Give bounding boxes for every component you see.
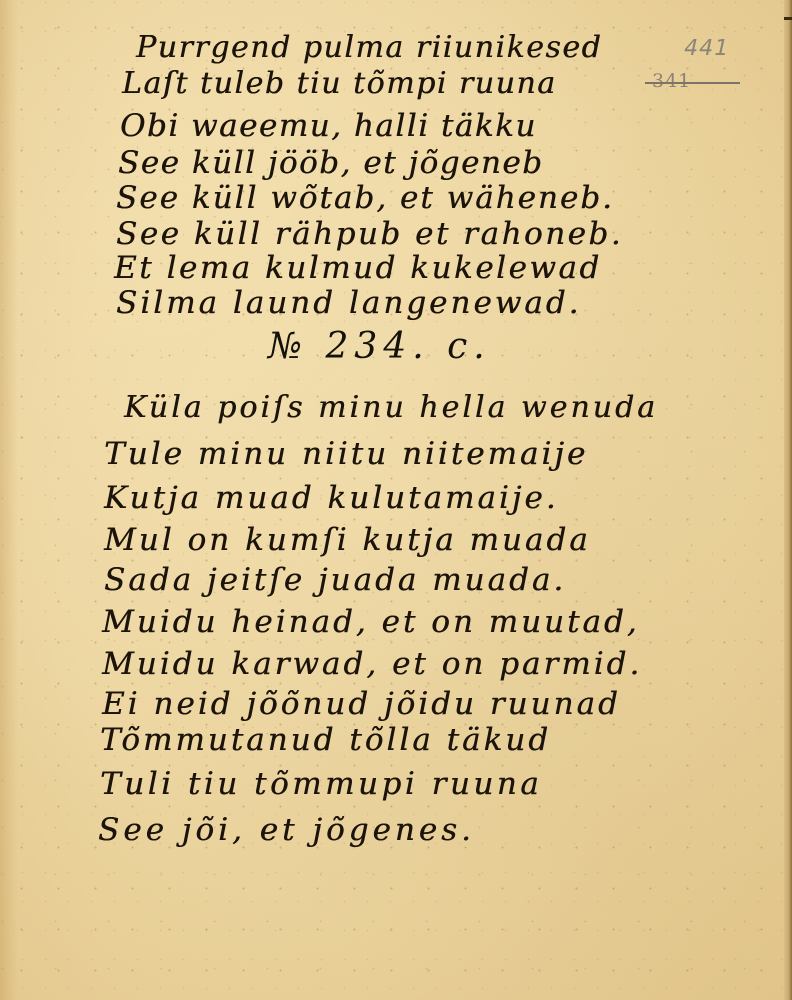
verse-line: Et lema kulmud kukelewad [114, 250, 602, 286]
verse-line: See küll wõtab, et wäheneb. [116, 180, 614, 216]
verse-line: Muidu heinad, et on muutad, [102, 604, 640, 640]
verse-line: Küla poiſs minu hella wenuda [124, 390, 658, 425]
verse-line: Silma laund langenewad. [116, 285, 581, 321]
verse-line: See küll rähpub et rahoneb. [116, 216, 623, 252]
verse-line: Muidu karwad, et on parmid. [102, 646, 642, 682]
verse-line: Tuli tiu tõmmupi ruuna [100, 766, 542, 802]
verse-line: Obi waeemu, halli täkku [120, 108, 537, 144]
verse-line: Tule minu niitu niitemaije [104, 436, 588, 472]
verse-line: Laſt tuleb tiu tõmpi ruuna [122, 66, 557, 101]
verse-line: Sada jeitſe juada muada. [104, 562, 566, 598]
verse-line: Kutja muad kulutamaije. [104, 480, 559, 516]
verse-line: Tõmmutanud tõlla täkud [100, 722, 551, 758]
page-edge-mark [784, 17, 792, 20]
verse-line: Mul on kumſi kutja muada [104, 522, 591, 558]
page-edge-right [784, 0, 792, 1000]
verse-line: See jõi, et jõgenes. [98, 812, 475, 848]
song-heading: № 234. c. [268, 326, 491, 367]
verse-line: Ei neid jõõnud jõidu ruunad [102, 686, 621, 722]
page-shadow-left [0, 0, 18, 1000]
strikethrough-line [645, 82, 740, 84]
verse-line: See küll jööb, et jõgeneb [118, 145, 543, 181]
archive-number: 441 [681, 36, 731, 61]
verse-line: Purrgend pulma riiunikesed [136, 30, 602, 65]
crossed-out-number: 341 [652, 70, 691, 92]
manuscript-page: 441 341 Purrgend pulma riiunikesed Laſt … [0, 0, 792, 1000]
